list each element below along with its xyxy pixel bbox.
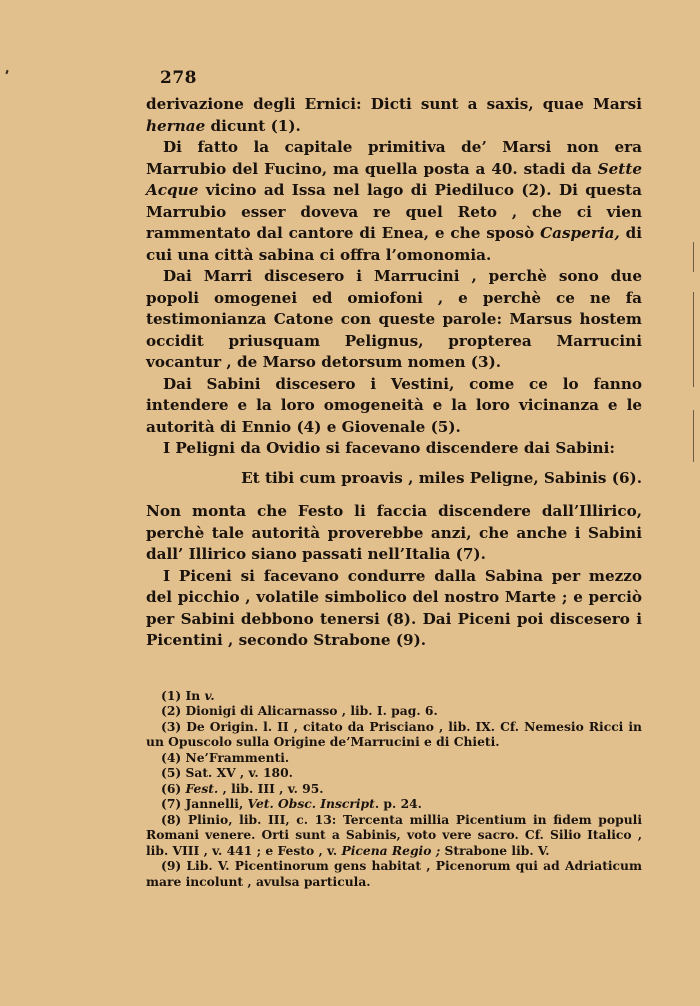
- paragraphs-before-quote: derivazione degli Ernici: Dicti sunt a s…: [146, 94, 642, 460]
- ovid-quote: Et tibi cum proavis , miles Peligne, Sab…: [146, 468, 642, 490]
- italic-text: Fest.: [185, 781, 218, 796]
- text-run: Non monta che Festo li faccia discendere…: [146, 502, 642, 563]
- italic-text: hernae: [146, 117, 205, 135]
- paragraph: I Piceni si facevano condurre dalla Sabi…: [146, 566, 642, 652]
- text-run: (6): [161, 781, 185, 796]
- margin-mark: [693, 410, 694, 462]
- footnote: (8) Plinio, lib. III, c. 13: Tercenta mi…: [146, 812, 642, 859]
- text-run: Dai Marri discesero i Marrucini , perchè…: [146, 267, 642, 371]
- paragraph: I Peligni da Ovidio si facevano discende…: [146, 438, 642, 460]
- text-run: (4) Ne’Frammenti.: [161, 750, 289, 765]
- main-text: derivazione degli Ernici: Dicti sunt a s…: [146, 94, 642, 652]
- text-run: (5) Sat. XV , v. 180.: [161, 765, 293, 780]
- footnote: (7) Jannelli, Vet. Obsc. Inscript. p. 24…: [146, 796, 642, 812]
- text-run: Di fatto la capitale primitiva de’ Marsi…: [146, 138, 642, 178]
- text-run: I Piceni si facevano condurre dalla Sabi…: [146, 567, 642, 650]
- paragraph: Dai Marri discesero i Marrucini , perchè…: [146, 266, 642, 374]
- text-run: (1) In: [161, 688, 204, 703]
- footnote: (5) Sat. XV , v. 180.: [146, 765, 642, 781]
- margin-mark: [693, 242, 694, 272]
- text-run: (7) Jannelli,: [161, 796, 248, 811]
- paragraphs-after-quote: Non monta che Festo li faccia discendere…: [146, 501, 642, 652]
- text-run: derivazione degli Ernici: Dicti sunt a s…: [146, 95, 642, 113]
- text-run: (9) Lib. V. Picentinorum gens habitat , …: [146, 858, 642, 889]
- margin-mark: [693, 292, 694, 387]
- book-page: 278 derivazione degli Ernici: Dicti sunt…: [146, 68, 642, 889]
- italic-text: Picena Regio ;: [342, 843, 441, 858]
- paragraph: Dai Sabini discesero i Vestini, come ce …: [146, 374, 642, 439]
- paragraph: Non monta che Festo li faccia discendere…: [146, 501, 642, 566]
- text-run: I Peligni da Ovidio si facevano discende…: [163, 439, 615, 457]
- footnote: (4) Ne’Frammenti.: [146, 750, 642, 766]
- text-run: (2) Dionigi di Alicarnasso , lib. I. pag…: [161, 703, 438, 718]
- text-run: (3) De Origin. l. II , citato da Priscia…: [146, 719, 642, 750]
- footnote: (9) Lib. V. Picentinorum gens habitat , …: [146, 858, 642, 889]
- footnote: (2) Dionigi di Alicarnasso , lib. I. pag…: [146, 703, 642, 719]
- footnote-separator: [146, 652, 642, 688]
- paragraph: Di fatto la capitale primitiva de’ Marsi…: [146, 137, 642, 266]
- paper-speck: [5, 70, 8, 74]
- paragraph: derivazione degli Ernici: Dicti sunt a s…: [146, 94, 642, 137]
- italic-text: v.: [204, 688, 214, 703]
- text-run: , lib. III , v. 95.: [218, 781, 323, 796]
- text-run: dicunt (1).: [205, 117, 301, 135]
- page-number: 278: [160, 68, 642, 94]
- italic-text: Casperia,: [540, 224, 620, 242]
- text-run: . p. 24.: [375, 796, 422, 811]
- footnote: (6) Fest. , lib. III , v. 95.: [146, 781, 642, 797]
- footnote: (1) In v.: [146, 688, 642, 704]
- footnotes: (1) In v.(2) Dionigi di Alicarnasso , li…: [146, 688, 642, 890]
- footnote: (3) De Origin. l. II , citato da Priscia…: [146, 719, 642, 750]
- text-run: Dai Sabini discesero i Vestini, come ce …: [146, 375, 642, 436]
- text-run: Strabone lib. V.: [440, 843, 549, 858]
- italic-text: Vet. Obsc. Inscript: [248, 796, 375, 811]
